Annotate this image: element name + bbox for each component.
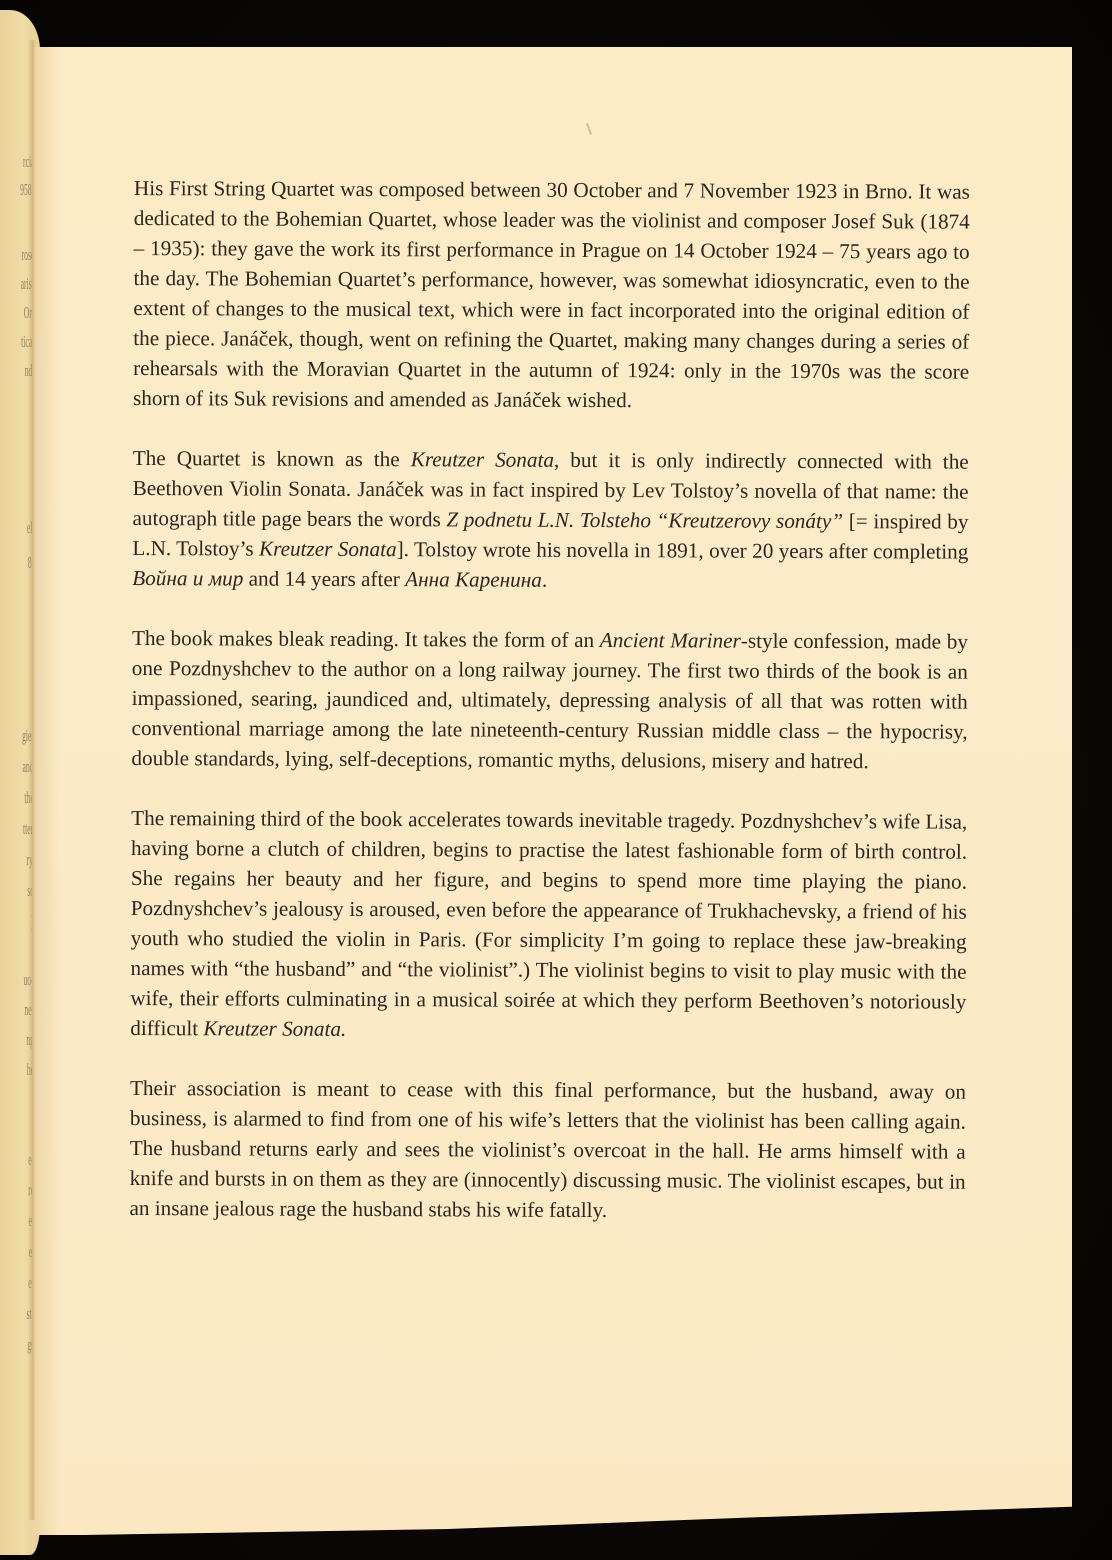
italic-title: Анна Каренина (405, 567, 542, 592)
text-run: . (542, 568, 547, 592)
paper-speck (586, 123, 592, 135)
text-run: and 14 years after (243, 566, 405, 591)
italic-title: Kreutzer Sonata. (203, 1016, 346, 1041)
italic-title: Kreutzer Sonata (411, 447, 554, 472)
text-run: ]. Tol­stoy wrote his novella in 1891, o… (397, 537, 969, 563)
gutter-shadow (28, 40, 36, 1520)
paragraph-plot-jealousy: The remaining third of the book accelera… (130, 803, 967, 1047)
paragraph-composition-history: His First String Quartet was composed be… (133, 173, 970, 417)
text-run: The book makes bleak reading. It takes t… (132, 626, 600, 652)
italic-title: Война и мир (132, 566, 243, 590)
text-run: The remaining third of the book accelera… (130, 806, 967, 1040)
italic-title: Ancient Mariner (600, 628, 741, 653)
italic-title: Z podnetu L.N. Tol­steho “Kreutzerovy so… (446, 507, 843, 533)
paragraph-book-summary: The book makes bleak reading. It takes t… (131, 623, 968, 777)
paragraph-tolstoy-connection: The Quartet is known as the Kreutzer Son… (132, 443, 969, 597)
italic-title: Kreutzer Sonata (259, 537, 397, 562)
book-page: His First String Quartet was composed be… (32, 47, 1072, 1535)
body-text: His First String Quartet was composed be… (129, 173, 970, 1257)
scanned-book-spread: rcia958)rosearis-Or-ticalnd.ek8)giesandt… (0, 0, 1112, 1560)
text-run: Their association is meant to cease with… (129, 1076, 966, 1222)
paragraph-plot-climax: Their association is meant to cease with… (129, 1073, 966, 1227)
text-run: His First String Quartet was composed be… (133, 176, 970, 412)
text-run: The Quartet is known as the (133, 446, 411, 471)
